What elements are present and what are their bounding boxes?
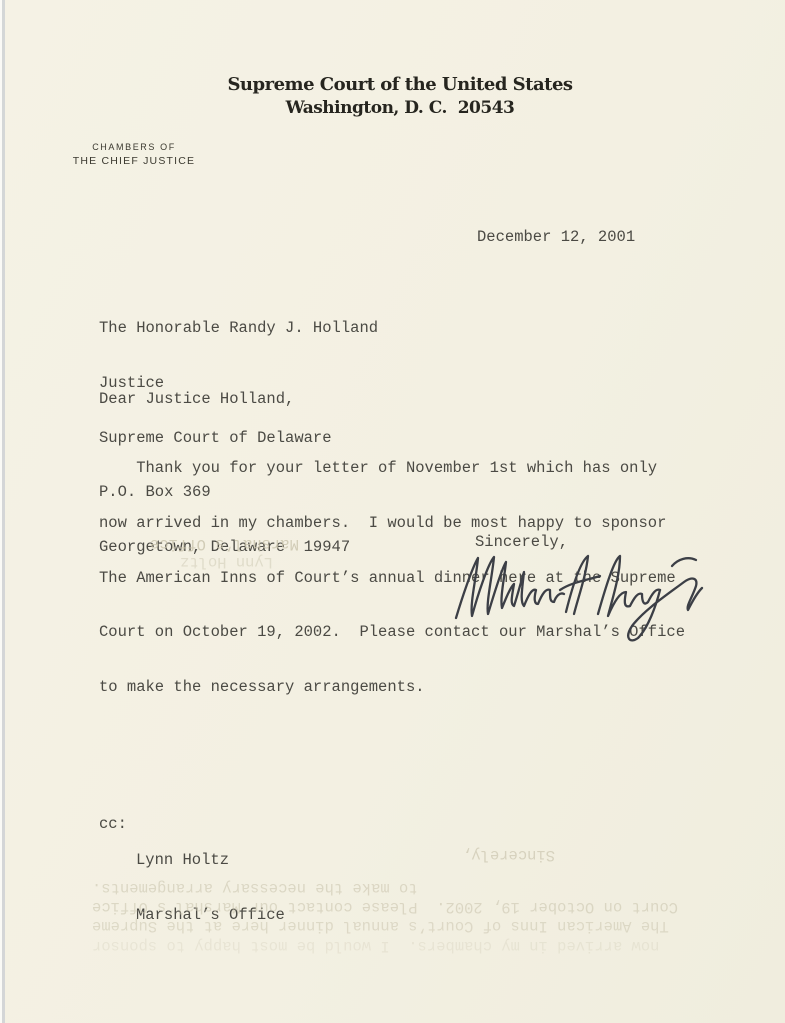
letterhead-court-name: Supreme Court of the United States <box>15 74 785 95</box>
chambers-of-label: CHAMBERS OF <box>60 142 208 152</box>
cc-name-holtz: Lynn Holtz <box>136 851 285 869</box>
bleed-cc-office: Marshal’s Office <box>150 535 299 553</box>
date-line: December 12, 2001 <box>477 228 635 246</box>
bleed-body-line: to make the necessary arrangements. <box>92 879 418 897</box>
signature-rehnquist <box>448 550 710 650</box>
recipient-name: The Honorable Randy J. Holland <box>99 319 378 337</box>
bleed-cc-name: Lynn Holtz <box>180 553 273 571</box>
bleed-body-line: The American Inns of Court’s annual dinn… <box>92 917 669 935</box>
cc-label: cc: <box>99 815 127 833</box>
body-line: now arrived in my chambers. I would be m… <box>99 514 685 532</box>
bleed-body-line: Court on October 19, 2002. Please contac… <box>92 898 678 916</box>
chambers-block: CHAMBERS OF THE CHIEF JUSTICE <box>60 142 208 167</box>
chief-justice-label: THE CHIEF JUSTICE <box>60 155 208 167</box>
scan-edge-shadow <box>2 0 5 1023</box>
letter-page: Supreme Court of the United States Washi… <box>0 0 785 1023</box>
bleed-sincerely: Sincerely, <box>462 846 555 864</box>
letterhead-address: Washington, D. C. 20543 <box>15 98 785 118</box>
closing-sincerely: Sincerely, <box>475 533 568 551</box>
body-line: to make the necessary arrangements. <box>99 678 685 696</box>
salutation: Dear Justice Holland, <box>99 390 294 408</box>
body-line: Thank you for your letter of November 1s… <box>99 459 685 477</box>
bleed-body-line: now arrived in my chambers. I would be m… <box>92 937 659 955</box>
